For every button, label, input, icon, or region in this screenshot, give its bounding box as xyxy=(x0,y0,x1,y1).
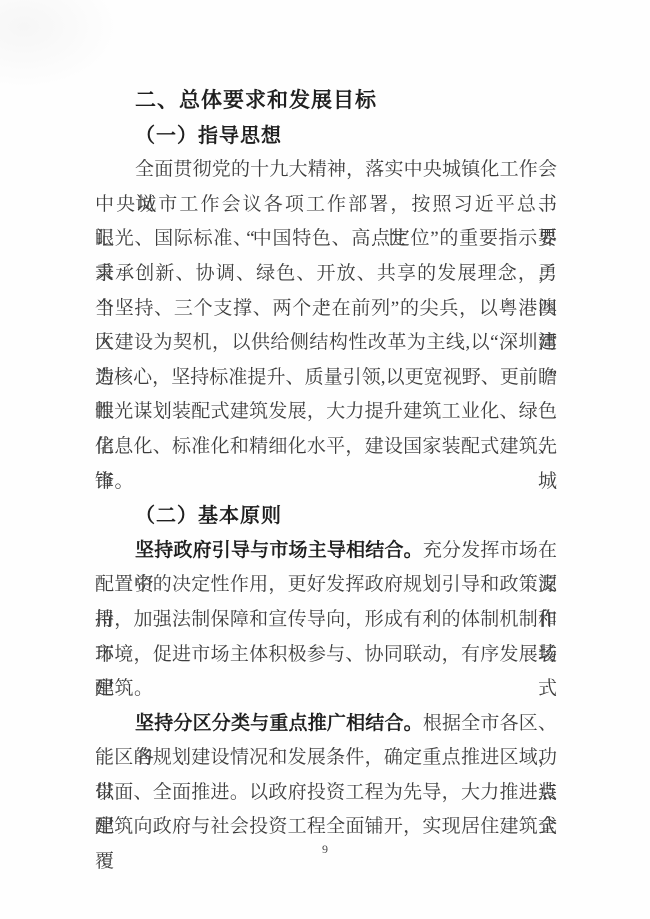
document-body: 二、总体要求和发展目标（一）指导思想全面贯彻党的十九大精神，落实中央城镇化工作会… xyxy=(95,84,557,845)
text-line: 带面、全面推进。以政府投资工程为先导，大力推进装配式 xyxy=(95,776,557,811)
text-line: 中央城市工作会议各项工作部署，按照习近平总书记“世界 xyxy=(95,188,557,223)
text-segment: 信息化、标准化和精细化水平，建设国家装配式建筑先锋城 xyxy=(95,436,557,492)
text-line: 个坚持、三个支撑、两个走在前列”的尖兵，以粤港澳大湾 xyxy=(95,292,557,327)
text-line: 建筑向政府与社会投资工程全面铺开，实现居住建筑全覆 xyxy=(95,810,557,845)
document-page: 二、总体要求和发展目标（一）指导思想全面贯彻党的十九大精神，落实中央城镇化工作会… xyxy=(0,0,650,919)
text-line: 坚持分区分类与重点推广相结合。根据全市各区、各功 xyxy=(95,707,557,742)
bold-text-segment: 二、总体要求和发展目标 xyxy=(135,89,377,112)
sub-heading: （二）基本原则 xyxy=(95,499,557,534)
text-segment: 环境，促进市场主体积极参与、协同联动，有序发展装配式 xyxy=(95,644,557,700)
text-line: 用，加强法制保障和宣传导向，形成有利的体制机制和市场 xyxy=(95,603,557,638)
section-heading: 二、总体要求和发展目标 xyxy=(95,84,557,119)
text-line: 秉承创新、协调、绿色、开放、共享的发展理念，勇当“四 xyxy=(95,257,557,292)
text-line: 区建设为契机，以供给侧结构性改革为主线,以“深圳建造” xyxy=(95,326,557,361)
bold-text-segment: 坚持分区分类与重点推广相结合。 xyxy=(135,713,423,734)
text-line: 坚持政府引导与市场主导相结合。充分发挥市场在资源 xyxy=(95,534,557,569)
text-line: 信息化、标准化和精细化水平，建设国家装配式建筑先锋城 xyxy=(95,430,557,465)
text-segment: 市。 xyxy=(95,471,134,492)
text-line: 为核心，坚持标准提升、质量引领,以更宽视野、更前瞻性 xyxy=(95,361,557,396)
text-line: 眼光谋划装配式建筑发展，大力提升建筑工业化、绿色化、 xyxy=(95,395,557,430)
bold-text-segment: （二）基本原则 xyxy=(135,505,282,527)
page-number: 9 xyxy=(0,842,650,857)
text-line: 全面贯彻党的十九大精神，落实中央城镇化工作会议、 xyxy=(95,153,557,188)
text-segment: 建筑。 xyxy=(95,678,154,699)
text-line: 能区的规划建设情况和发展条件，确定重点推进区域，以点 xyxy=(95,741,557,776)
sub-heading: （一）指导思想 xyxy=(95,119,557,154)
text-line: 配置中的决定性作用，更好发挥政府规划引导和政策支持作 xyxy=(95,568,557,603)
bold-text-segment: （一）指导思想 xyxy=(135,125,282,147)
text-line: 环境，促进市场主体积极参与、协同联动，有序发展装配式 xyxy=(95,638,557,673)
bold-text-segment: 坚持政府引导与市场主导相结合。 xyxy=(135,540,423,561)
text-line: 眼光、国际标准、中国特色、高点定位”的重要指示要求， xyxy=(95,222,557,257)
